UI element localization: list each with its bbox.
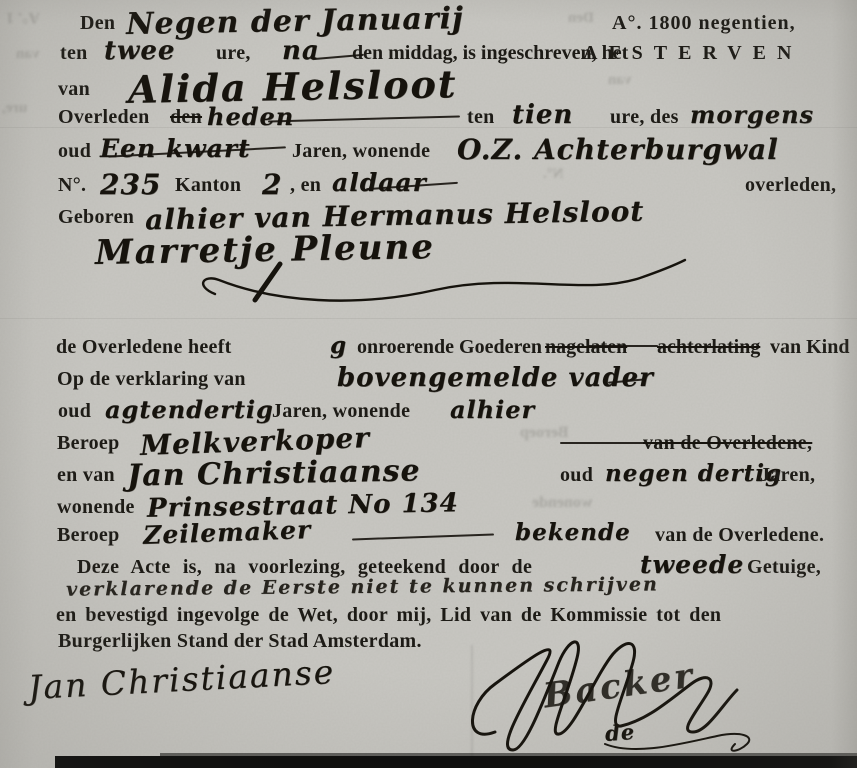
scanned-document: A°. 1 van ure, Den van N°. Beroep wonend… — [0, 0, 857, 768]
record-line-declarant-age: oud agtendertig Jaren, wonende alhier — [0, 396, 857, 432]
handwritten-ampm: na — [282, 36, 320, 66]
printed-burgerlijken-stand: Burgerlijken Stand der Stad Amsterdam. — [58, 630, 422, 653]
handwritten-hour: tien — [512, 100, 573, 130]
printed-oud: oud — [58, 140, 91, 163]
printed-overleden: Overleden — [58, 106, 150, 129]
printed-overledene-heeft: de Overledene heeft — [56, 336, 232, 359]
printed-wonende: wonende — [57, 496, 135, 519]
printed-geboren: Geboren — [58, 206, 134, 229]
printed-ten: ten — [60, 42, 88, 65]
printed-achterlating-struck: achterlating — [657, 336, 760, 359]
handwritten-declarant-age: agtendertig — [105, 395, 274, 424]
printed-van-de-overledene: van de Overledene. — [655, 524, 824, 547]
handwritten-witness-name: Jan Christiaanse — [127, 453, 421, 493]
printed-van: van — [58, 78, 90, 101]
handwritten-house-number: 235 — [100, 168, 161, 201]
handwritten-witness-age: negen dertig — [605, 460, 782, 487]
printed-oud: oud — [58, 400, 91, 423]
pen-flourish — [185, 250, 705, 312]
scan-edge-bar — [55, 756, 857, 768]
handwritten-geen: g — [330, 332, 347, 359]
printed-beroep: Beroep — [57, 524, 120, 547]
printed-beroep: Beroep — [57, 432, 120, 455]
handwritten-witness-occupation: Zeilemaker — [143, 515, 312, 550]
record-line-interlined-note: verklarende de Eerste niet te kunnen sch… — [0, 576, 857, 600]
witness-signature: Jan Christiaanse — [27, 652, 336, 707]
printed-year: A°. 1800 negentien, — [612, 12, 796, 35]
scan-edge-bar-shadow — [160, 753, 857, 756]
handwritten-relation: bekende — [515, 519, 631, 546]
handwritten-daypart: morgens — [690, 100, 814, 129]
printed-oud: oud — [560, 464, 593, 487]
printed-den: Den — [80, 12, 115, 35]
printed-overleden-right: overleden, — [745, 174, 836, 197]
printed-no: N°. — [58, 174, 86, 197]
printed-den-struck: den — [170, 106, 202, 129]
printed-en-van: en van — [57, 464, 115, 487]
printed-ten: ten — [467, 106, 495, 129]
handwritten-declarant: bovengemelde vader — [337, 363, 654, 393]
printed-jaren-wonende: Jaren, wonende — [292, 140, 430, 163]
printed-onroerende-goederen: onroerende Goederen — [357, 336, 542, 359]
printed-en: , en — [290, 174, 321, 197]
handwritten-address: O.Z. Achterburgwal — [457, 133, 779, 166]
printed-jaren-wonende: Jaren, wonende — [272, 400, 410, 423]
handwritten-declarant-residence: alhier — [450, 395, 535, 424]
printed-afsterven: AFSTERVEN — [583, 42, 802, 65]
printed-nagelaten-struck: nagelaten — [545, 336, 627, 359]
printed-bevestigd: en bevestigd ingevolge de Wet, door mij,… — [56, 604, 721, 627]
handwritten-hour: twee — [104, 36, 175, 66]
printed-kanton: Kanton — [175, 174, 241, 197]
printed-van-de-overledene-struck: van de Overledene, — [643, 432, 812, 455]
handwritten-heden: heden — [207, 102, 294, 131]
printed-ure-des: ure, des — [610, 106, 679, 129]
printed-op-de-verklaring: Op de verklaring van — [57, 368, 246, 391]
handwritten-cannot-write-note: verklarende de Eerste niet te kunnen sch… — [66, 573, 659, 600]
fold-line — [0, 318, 857, 319]
official-signature-suffix: de — [604, 719, 636, 746]
printed-van-kind: van Kind — [770, 336, 849, 359]
handwritten-aldaar: aldaar — [332, 168, 427, 197]
printed-ure: ure, — [216, 42, 251, 65]
handwritten-kanton-number: 2 — [262, 168, 282, 201]
printed-jaren: Jaren, — [760, 464, 815, 487]
official-signature-block: Backer de — [455, 632, 815, 757]
